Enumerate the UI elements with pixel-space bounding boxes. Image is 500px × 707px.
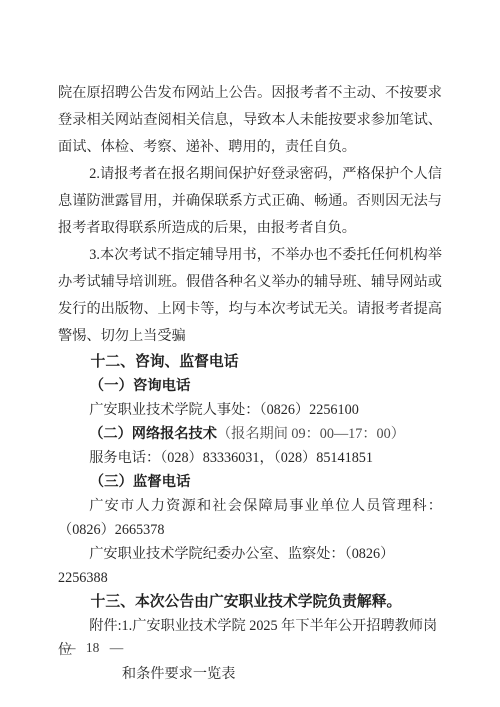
supervise-dept-line: 广安市人力资源和社会保障局事业单位人员管理科： (58, 494, 442, 518)
heading-text: （二）网络报名技术 (89, 426, 217, 442)
paragraph-line: 发行的出版物、上网卡等，均与本次考试无关。请报考者提高 (58, 296, 442, 323)
document-lines: 院在原招聘公告发布网站上公告。因报考者不主动、不按要求登录相关网站查阅相关信息，… (0, 0, 500, 686)
consult-phone-line: 广安职业技术学院人事处：（0826）2256100 (58, 398, 442, 422)
paragraph-line: 院在原招聘公告发布网站上公告。因报考者不主动、不按要求 (58, 80, 442, 107)
section-heading-13: 十三、本次公告由广安职业技术学院负责解释。 (58, 590, 442, 614)
paragraph-line: 面试、体检、考察、递补、聘用的，责任自负。 (58, 134, 442, 161)
paragraph-line: 报考者取得联系所造成的后果，由报考者自负。 (58, 215, 442, 242)
section-heading-12: 十二、咨询、监督电话 (58, 350, 442, 374)
heading-note-text: （报名期间 09：00—17：00） (217, 426, 405, 442)
subsection-heading-consult: （一）咨询电话 (58, 374, 442, 398)
document-page: 院在原招聘公告发布网站上公告。因报考者不主动、不按要求登录相关网站查阅相关信息，… (0, 0, 500, 707)
supervise-phone-number: （0826）2665378 (58, 518, 442, 542)
service-phone-line: 服务电话：（028）83336031，（028）85141851 (58, 446, 442, 470)
paragraph-line: 警惕、切勿上当受骗 (58, 323, 442, 350)
attachment-line-continued: 和条件要求一览表 (58, 662, 442, 686)
paragraph-line: 2.请报考者在报名期间保护好登录密码，严格保护个人信 (58, 161, 442, 188)
paragraph-line: 登录相关网站查阅相关信息，导致本人未能按要求参加笔试、 (58, 107, 442, 134)
subsection-heading-online: （二）网络报名技术（报名期间 09：00—17：00） (58, 422, 442, 446)
paragraph-line: 息谨防泄露冒用，并确保联系方式正确、畅通。否则因无法与 (58, 188, 442, 215)
paragraph-line: 办考试辅导培训班。假借各种名义举办的辅导班、辅导网站或 (58, 269, 442, 296)
subsection-heading-supervise: （三）监督电话 (58, 470, 442, 494)
page-number: — 18 — (62, 640, 123, 656)
paragraph-line: 3.本次考试不指定辅导用书，不举办也不委托任何机构举 (58, 242, 442, 269)
discipline-phone-line: 广安职业技术学院纪委办公室、监察处：（0826）2256388 (58, 542, 442, 590)
